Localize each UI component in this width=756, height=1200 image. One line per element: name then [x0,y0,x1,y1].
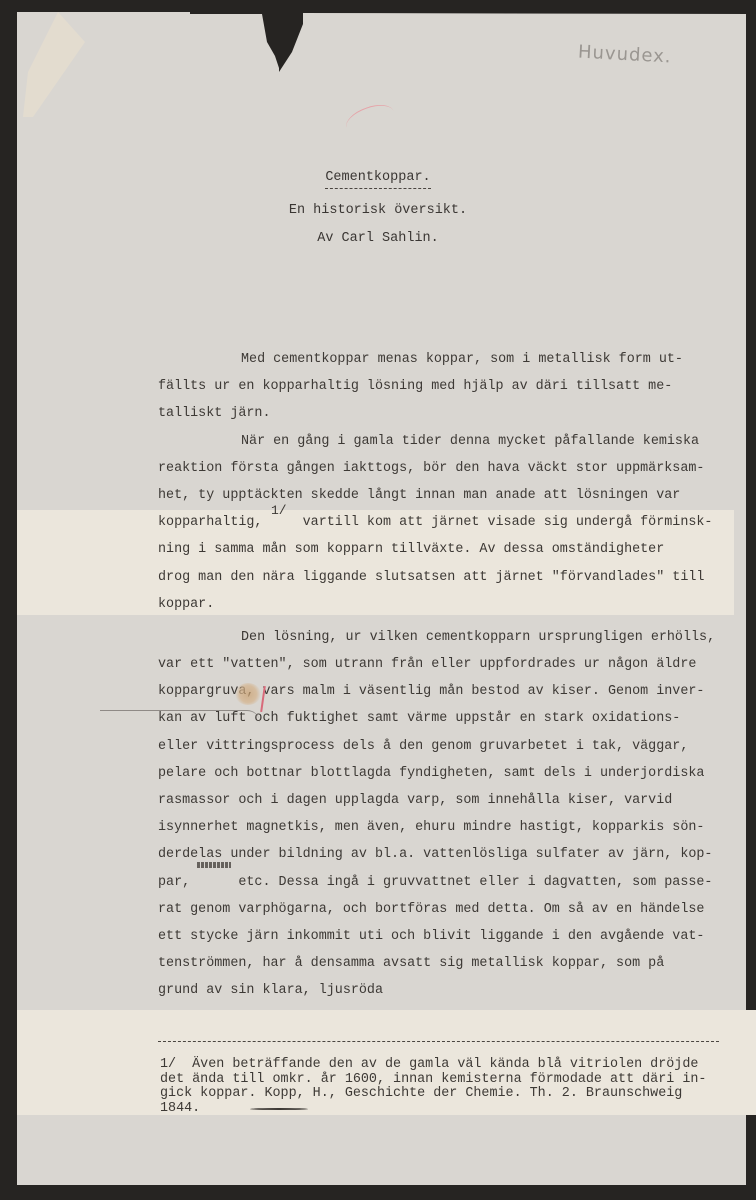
text-line: reaktion första gången iakttogs, bör den… [158,455,743,482]
text-line: grund av sin klara, ljusröda [158,977,743,1004]
body-text: Med cementkoppar menas koppar, som i met… [158,346,743,1005]
document-title: Cementkoppar. [325,170,430,189]
text-line: talliskt järn. [158,400,743,427]
text-line: het, ty upptäckten skedde långt innan ma… [158,482,743,509]
title-block: Cementkoppar. En historisk översikt. Av … [0,170,756,246]
text-line: koppar. [158,591,743,618]
text-line: isynnerhet magnetkis, men även, ehuru mi… [158,814,743,841]
pencil-line-mark [100,710,260,723]
text-line: pelare och bottnar blottlagda fyndighete… [158,760,743,787]
footnote-divider [158,1041,719,1042]
text-line: par, etc. Dessa ingå i gruvvattnet eller… [158,869,743,896]
text-line: var ett "vatten", som utrann från eller … [158,651,743,678]
text-line: Den lösning, ur vilken cementkopparn urs… [158,624,743,651]
footnote-line: gick koppar. Kopp, H., Geschichte der Ch… [160,1087,740,1102]
text-line: rat genom varphögarna, och bortföras med… [158,896,743,923]
text-line: tenströmmen, har å densamma avsatt sig m… [158,950,743,977]
document-author: Av Carl Sahlin. [0,231,756,246]
footnote: 1/ Även beträffande den av de gamla väl … [160,1058,740,1116]
footnote-reference: 1/ [271,503,287,518]
citation-underline [250,1108,308,1110]
text-line: kopparhaltig, vartill kom att järnet vis… [158,509,743,536]
rust-stain [235,683,261,705]
text-line: Med cementkoppar menas koppar, som i met… [158,346,743,373]
struck-out-word [197,862,231,868]
text-line: ett stycke järn inkommit uti och blivit … [158,923,743,950]
text-line: derdelas under bildning av bl.a. vattenl… [158,841,743,868]
footnote-line: 1844. [160,1102,740,1117]
text-line: eller vittringsprocess dels å den genom … [158,733,743,760]
text-line: rasmassor och i dagen upplagda varp, som… [158,787,743,814]
text-line: När en gång i gamla tider denna mycket p… [158,428,743,455]
text-line: fällts ur en kopparhaltig lösning med hj… [158,373,743,400]
text-line: drog man den nära liggande slutsatsen at… [158,564,743,591]
footnote-line: det ända till omkr. år 1600, innan kemis… [160,1073,740,1088]
text-line: ning i samma mån som kopparn tillväxte. … [158,536,743,563]
document-subtitle: En historisk översikt. [0,203,756,218]
footnote-line: 1/ Även beträffande den av de gamla väl … [160,1058,740,1073]
